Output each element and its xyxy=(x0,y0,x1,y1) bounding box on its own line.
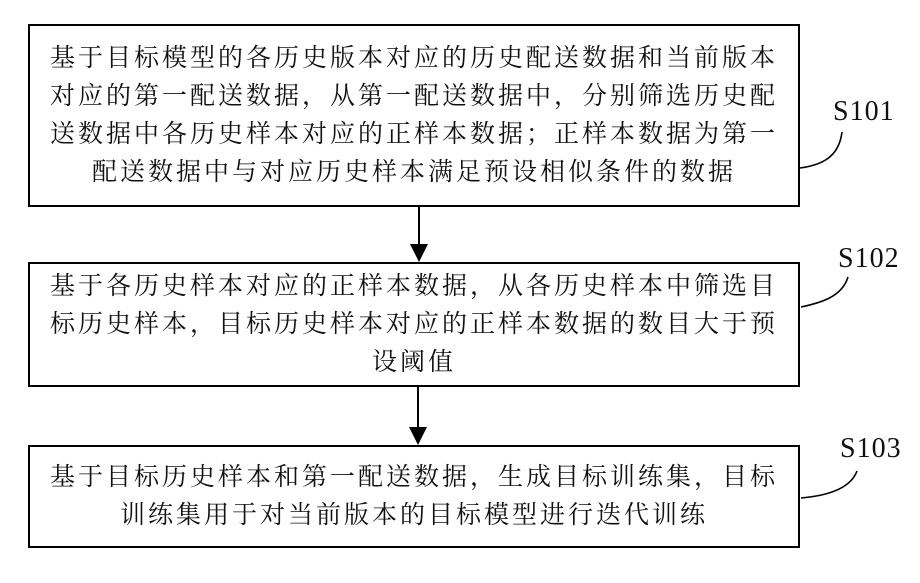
step-1-text-line: 配送数据中与对应历史样本满足预设相似条件的数据 xyxy=(92,154,736,192)
step-2-text-line: 标历史样本，目标历史样本对应的正样本数据的数目大于预 xyxy=(50,306,778,344)
step-box-2: 基于各历史样本对应的正样本数据，从各历史样本中筛选目 标历史样本，目标历史样本对… xyxy=(28,262,800,387)
flowchart-canvas: 基于目标模型的各历史版本对应的历史配送数据和当前版本 对应的第一配送数据，从第一… xyxy=(0,0,920,583)
arrow-down-2-head xyxy=(409,427,427,445)
leader-line-s101 xyxy=(800,132,842,168)
step-2-text-line: 设阈值 xyxy=(372,344,456,382)
step-label-s101: S101 xyxy=(833,96,895,128)
step-label-s102: S102 xyxy=(838,243,900,275)
step-3-text-line: 基于目标历史样本和第一配送数据，生成目标训练集，目标 xyxy=(50,459,778,497)
step-1-text-line: 对应的第一配送数据，从第一配送数据中，分别筛选历史配 xyxy=(50,78,778,116)
leader-line-s103 xyxy=(801,471,857,498)
step-1-text-line: 送数据中各历史样本对应的正样本数据；正样本数据为第一 xyxy=(50,116,778,154)
step-box-3: 基于目标历史样本和第一配送数据，生成目标训练集，目标 训练集用于对当前版本的目标… xyxy=(28,445,800,548)
step-label-s103: S103 xyxy=(840,433,902,465)
leader-line-s102 xyxy=(801,277,848,307)
step-box-1: 基于目标模型的各历史版本对应的历史配送数据和当前版本 对应的第一配送数据，从第一… xyxy=(28,24,800,207)
step-3-text-line: 训练集用于对当前版本的目标模型进行迭代训练 xyxy=(120,497,708,535)
arrow-down-1-head xyxy=(410,244,428,262)
step-2-text-line: 基于各历史样本对应的正样本数据，从各历史样本中筛选目 xyxy=(50,268,778,306)
step-1-text-line: 基于目标模型的各历史版本对应的历史配送数据和当前版本 xyxy=(50,40,778,78)
